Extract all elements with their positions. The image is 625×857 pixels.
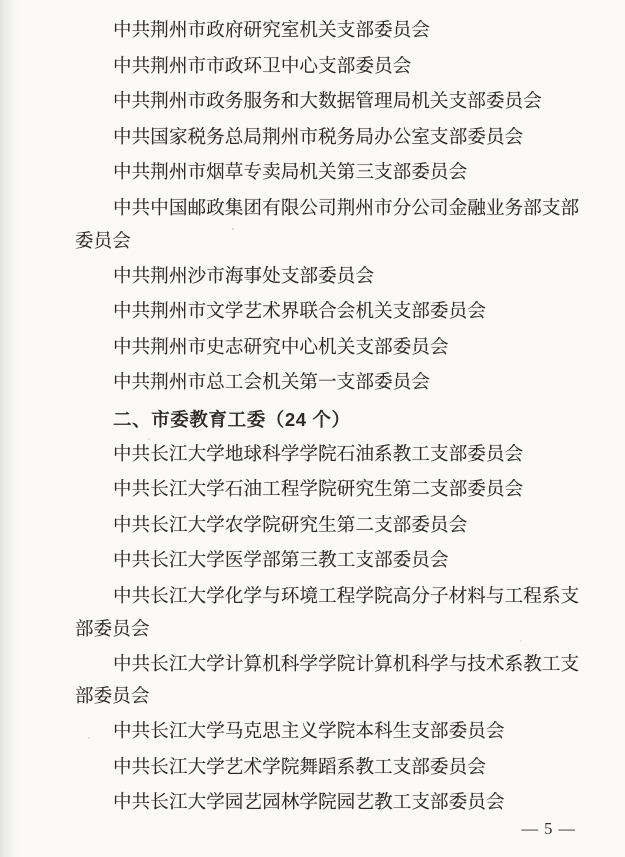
document-line-continuation: 部委员会 [75, 683, 583, 715]
document-line: 中共荆州市总工会机关第一支部委员会 [75, 366, 583, 402]
document-line: 中共长江大学艺术学院舞蹈系教工支部委员会 [75, 751, 583, 787]
page-number: — 5 — [522, 819, 577, 839]
document-line: 中共长江大学地球科学学院石油系教工支部委员会 [75, 438, 583, 474]
document-line: 中共荆州沙市海事处支部委员会 [75, 260, 583, 296]
document-line: 中共长江大学医学部第三教工支部委员会 [75, 544, 583, 580]
document-line: 中共长江大学园艺园林学院园艺教工支部委员会 [75, 786, 583, 822]
document-body: 中共荆州市政府研究室机关支部委员会中共荆州市市政环卫中心支部委员会中共荆州市政务… [75, 14, 583, 822]
document-line: 中共长江大学石油工程学院研究生第二支部委员会 [75, 473, 583, 509]
document-line-continuation: 部委员会 [75, 616, 583, 648]
document-line: 中共长江大学计算机科学学院计算机科学与技术系教工支 [75, 648, 583, 684]
document-line: 中共国家税务总局荆州市税务局办公室支部委员会 [75, 121, 583, 157]
document-line: 中共长江大学马克思主义学院本科生支部委员会 [75, 715, 583, 751]
document-line: 中共荆州市烟草专卖局机关第三支部委员会 [75, 156, 583, 192]
section-heading: 二、市委教育工委（24 个） [75, 402, 583, 438]
document-line: 中共长江大学化学与环境工程学院高分子材料与工程系支 [75, 580, 583, 616]
document-line-continuation: 委员会 [75, 228, 583, 260]
document-line: 中共长江大学农学院研究生第二支部委员会 [75, 509, 583, 545]
document-line: 中共荆州市史志研究中心机关支部委员会 [75, 331, 583, 367]
document-line: 中共荆州市市政环卫中心支部委员会 [75, 50, 583, 86]
document-line: 中共荆州市文学艺术界联合会机关支部委员会 [75, 295, 583, 331]
document-line: 中共中国邮政集团有限公司荆州市分公司金融业务部支部 [75, 192, 583, 228]
document-line: 中共荆州市政务服务和大数据管理局机关支部委员会 [75, 85, 583, 121]
document-line: 中共荆州市政府研究室机关支部委员会 [75, 14, 583, 50]
document-page: 中共荆州市政府研究室机关支部委员会中共荆州市市政环卫中心支部委员会中共荆州市政务… [0, 0, 625, 857]
